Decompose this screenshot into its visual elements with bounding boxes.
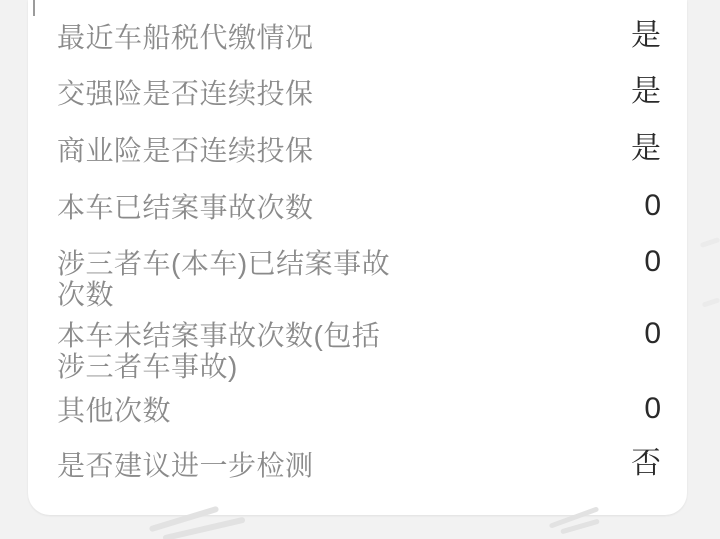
row-label: 涉三者车(本车)已结案事故 次数	[57, 248, 413, 310]
report-row: 最近车船税代缴情况是	[57, 22, 661, 53]
row-value: 0	[644, 393, 661, 425]
row-value: 是	[631, 20, 661, 52]
report-row: 其他次数0	[57, 395, 661, 426]
row-value: 是	[631, 76, 661, 108]
row-value: 0	[644, 246, 661, 278]
row-value: 0	[644, 318, 661, 350]
watermark-stroke	[702, 297, 720, 307]
row-value: 0	[644, 190, 661, 222]
row-value: 否	[631, 448, 661, 480]
vehicle-report-card: 最近车船税代缴情况是交强险是否连续投保是商业险是否连续投保是本车已结案事故次数0…	[28, 0, 687, 515]
report-row: 交强险是否连续投保是	[57, 78, 661, 109]
row-label: 本车未结案事故次数(包括 涉三者车事故)	[57, 320, 413, 382]
row-label: 最近车船税代缴情况	[57, 22, 413, 53]
row-label: 是否建议进一步检测	[57, 450, 413, 481]
row-label: 其他次数	[57, 395, 413, 426]
report-row: 是否建议进一步检测否	[57, 450, 661, 481]
row-value: 是	[631, 133, 661, 165]
report-row: 商业险是否连续投保是	[57, 135, 661, 166]
card-top-edge-artifact	[33, 0, 35, 16]
watermark-stroke	[700, 237, 720, 248]
report-row: 涉三者车(本车)已结案事故 次数0	[57, 248, 661, 310]
report-row: 本车已结案事故次数0	[57, 192, 661, 223]
row-label: 交强险是否连续投保	[57, 78, 413, 109]
report-row: 本车未结案事故次数(包括 涉三者车事故)0	[57, 320, 661, 382]
row-label: 商业险是否连续投保	[57, 135, 413, 166]
row-label: 本车已结案事故次数	[57, 192, 413, 223]
